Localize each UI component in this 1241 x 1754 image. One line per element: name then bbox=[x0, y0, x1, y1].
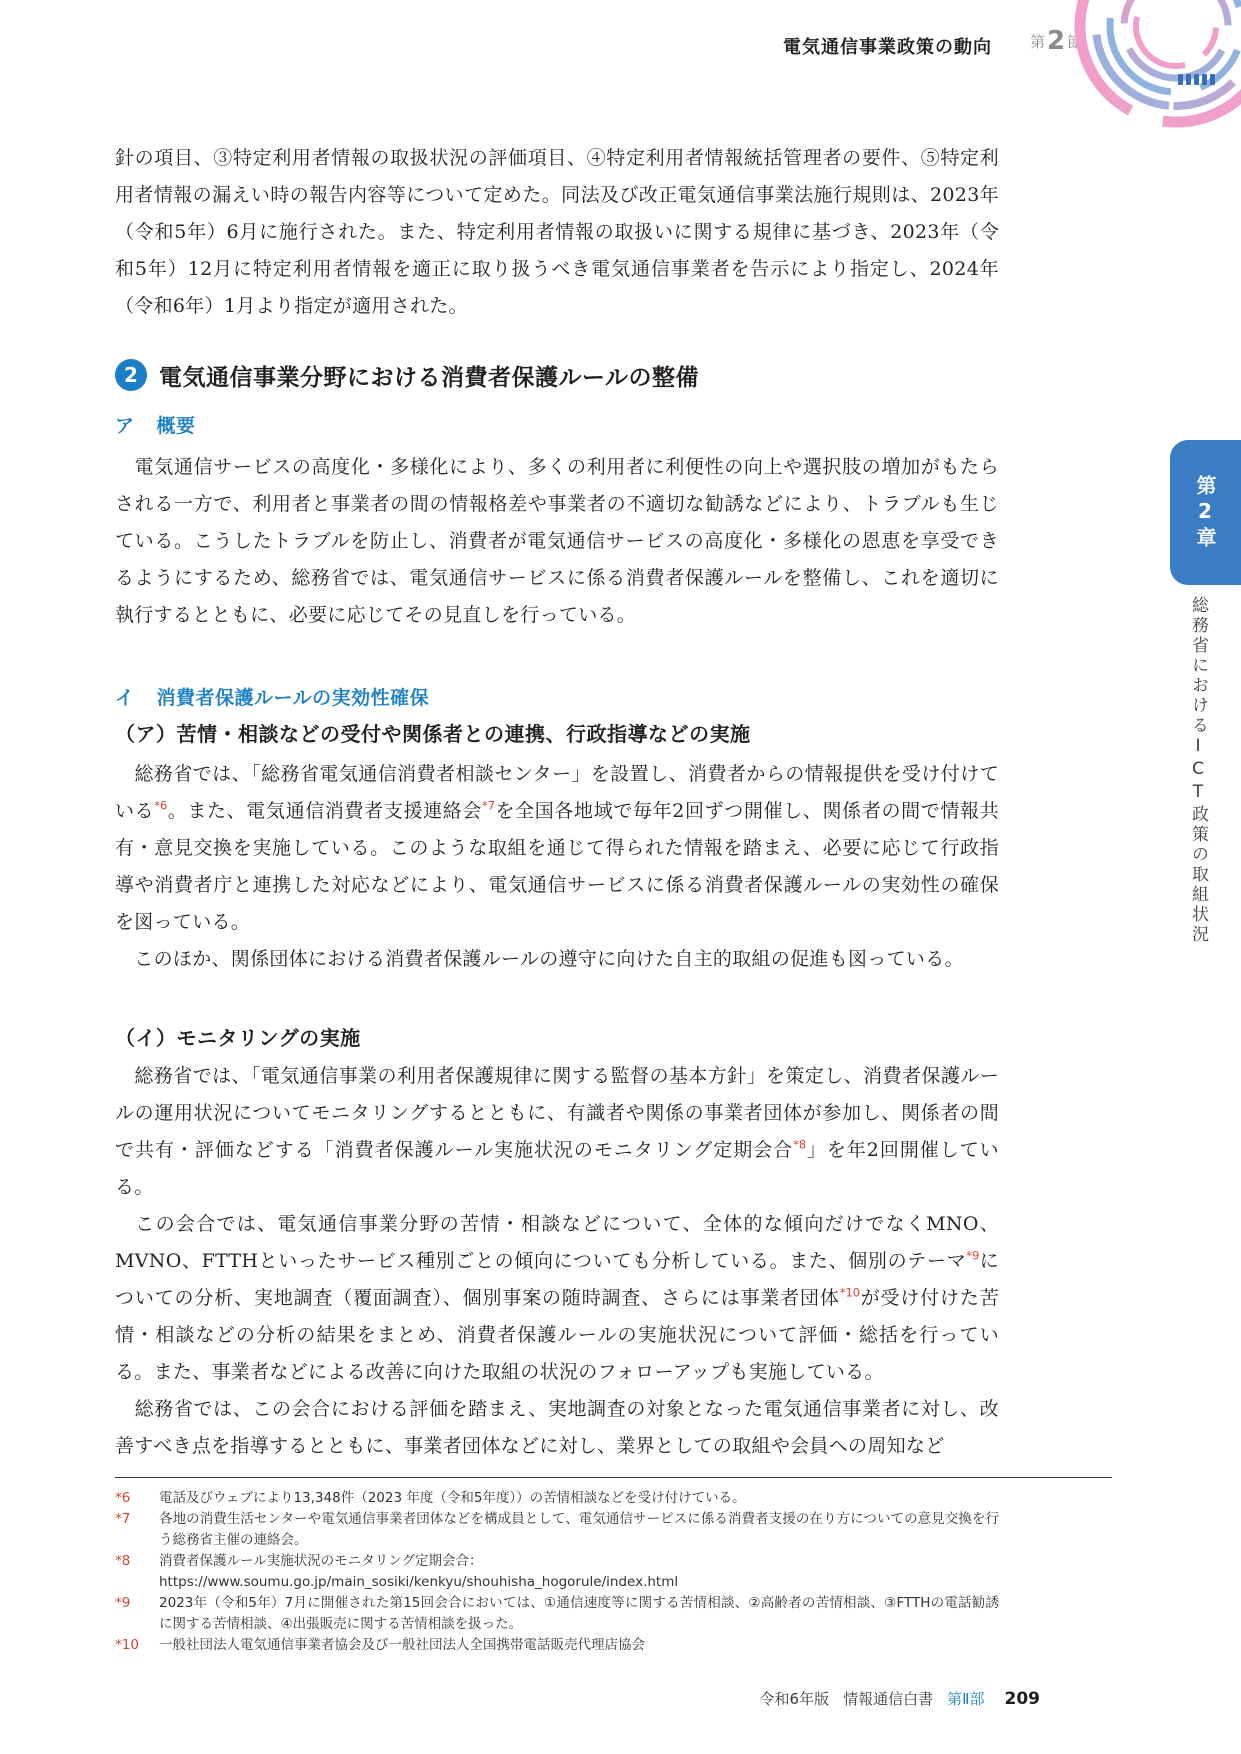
page-footer: 令和6年版情報通信白書第Ⅱ部209 bbox=[0, 1688, 1040, 1709]
footnote-10: *10 一般社団法人電気通信事業者協会及び一般社団法人全国携帯電話販売代理店協会 bbox=[115, 1635, 999, 1656]
footnote-9-marker: *9 bbox=[115, 1593, 159, 1635]
footnote-ref-7: *7 bbox=[482, 799, 495, 813]
running-title: 電気通信事業政策の動向 bbox=[620, 33, 992, 59]
footnote-ref-10: *10 bbox=[840, 1286, 860, 1300]
footnote-6-text: 電話及びウェブにより13,348件（2023 年度（令和5年度））の苦情相談など… bbox=[159, 1488, 999, 1509]
footnote-ref-6: *6 bbox=[154, 799, 167, 813]
footnote-7-text: 各地の消費生活センターや電気通信事業者団体などを構成員として、電気通信サービスに… bbox=[159, 1509, 999, 1551]
footer-book-title: 情報通信白書 bbox=[843, 1690, 933, 1708]
chapter-caption-vertical: 総務省におけるICT政策の取組状況 bbox=[1186, 596, 1211, 1076]
document-page: 電気通信事業政策の動向 第2節 bbox=[0, 0, 1241, 1754]
footnote-7: *7 各地の消費生活センターや電気通信事業者団体などを構成員として、電気通信サー… bbox=[115, 1509, 999, 1551]
footnotes-block: *6 電話及びウェブにより13,348件（2023 年度（令和5年度））の苦情相… bbox=[115, 1488, 999, 1656]
footnote-divider bbox=[115, 1477, 1112, 1478]
paragraph-overview: 電気通信サービスの高度化・多様化により、多くの利用者に利便性の向上や選択肢の増加… bbox=[115, 449, 999, 634]
subsection-i-title: 消費者保護ルールの実効性確保 bbox=[157, 683, 430, 710]
footnote-9: *9 2023年（令和5年）7月に開催された第15回会合においては、①通信速度等… bbox=[115, 1593, 999, 1635]
paragraph-guidance: 総務省では、この会合における評価を踏まえ、実地調査の対象となった電気通信事業者に… bbox=[115, 1391, 999, 1465]
subsection-i-heading: イ 消費者保護ルールの実効性確保 bbox=[115, 682, 999, 710]
section-2-title: 電気通信事業分野における消費者保護ルールの整備 bbox=[159, 359, 699, 392]
footnote-10-marker: *10 bbox=[115, 1635, 159, 1656]
footnote-10-text: 一般社団法人電気通信事業者協会及び一般社団法人全国携帯電話販売代理店協会 bbox=[159, 1635, 999, 1656]
paragraph-voluntary: このほか、関係団体における消費者保護ルールの遵守に向けた自主的取組の促進も図って… bbox=[115, 941, 999, 978]
footnote-8-marker: *8 bbox=[115, 1551, 159, 1593]
subsection-a-heading: ア 概要 bbox=[115, 409, 999, 439]
paragraph-continuation: 針の項目、③特定利用者情報の取扱状況の評価項目、④特定利用者情報統括管理者の要件… bbox=[115, 140, 999, 325]
footnote-8-label: 消費者保護ルール実施状況のモニタリング定期会合： bbox=[159, 1551, 999, 1572]
footnote-ref-8: *8 bbox=[793, 1138, 806, 1152]
subsection-i-label: イ bbox=[115, 683, 135, 710]
footnote-8-url-link[interactable]: https://www.soumu.go.jp/main_sosiki/kenk… bbox=[159, 1572, 999, 1593]
footer-edition: 令和6年版 bbox=[760, 1690, 830, 1708]
main-text-column: 針の項目、③特定利用者情報の取扱状況の評価項目、④特定利用者情報統括管理者の要件… bbox=[115, 140, 999, 1656]
footer-page-number: 209 bbox=[1005, 1689, 1041, 1709]
footer-part: 第Ⅱ部 bbox=[947, 1690, 984, 1708]
paragraph-analysis: この会合では、電気通信事業分野の苦情・相談などについて、全体的な傾向だけでなくM… bbox=[115, 1206, 999, 1391]
chapter-tab: 第2章 bbox=[1170, 440, 1241, 585]
chapter-tab-label: 第2章 bbox=[1191, 475, 1220, 551]
subsubsection-i-heading: （イ）モニタリングの実施 bbox=[115, 1022, 999, 1050]
footnote-8-text: 消費者保護ルール実施状況のモニタリング定期会合： https://www.sou… bbox=[159, 1551, 999, 1593]
footnote-6-marker: *6 bbox=[115, 1488, 159, 1509]
subsection-a-title: 概要 bbox=[157, 411, 196, 438]
footnote-8: *8 消費者保護ルール実施状況のモニタリング定期会合： https://www.… bbox=[115, 1551, 999, 1593]
paragraph-complaints: 総務省では、「総務省電気通信消費者相談センター」を設置し、消費者からの情報提供を… bbox=[115, 756, 999, 941]
section-2-heading: 2 電気通信事業分野における消費者保護ルールの整備 bbox=[115, 355, 999, 395]
footnote-6: *6 電話及びウェブにより13,348件（2023 年度（令和5年度））の苦情相… bbox=[115, 1488, 999, 1509]
subsection-a-label: ア bbox=[115, 411, 135, 438]
footnote-9-text: 2023年（令和5年）7月に開催された第15回会合においては、①通信速度等に関す… bbox=[159, 1593, 999, 1635]
section-number-circle: 2 bbox=[115, 359, 147, 391]
paragraph-monitoring: 総務省では、「電気通信事業の利用者保護規律に関する監督の基本方針」を策定し、消費… bbox=[115, 1058, 999, 1206]
footnote-ref-9: *9 bbox=[966, 1249, 979, 1263]
corner-decoration-graphic bbox=[991, 0, 1241, 128]
footnote-7-marker: *7 bbox=[115, 1509, 159, 1551]
subsubsection-a-heading: （ア）苦情・相談などの受付や関係者との連携、行政指導などの実施 bbox=[115, 718, 999, 746]
